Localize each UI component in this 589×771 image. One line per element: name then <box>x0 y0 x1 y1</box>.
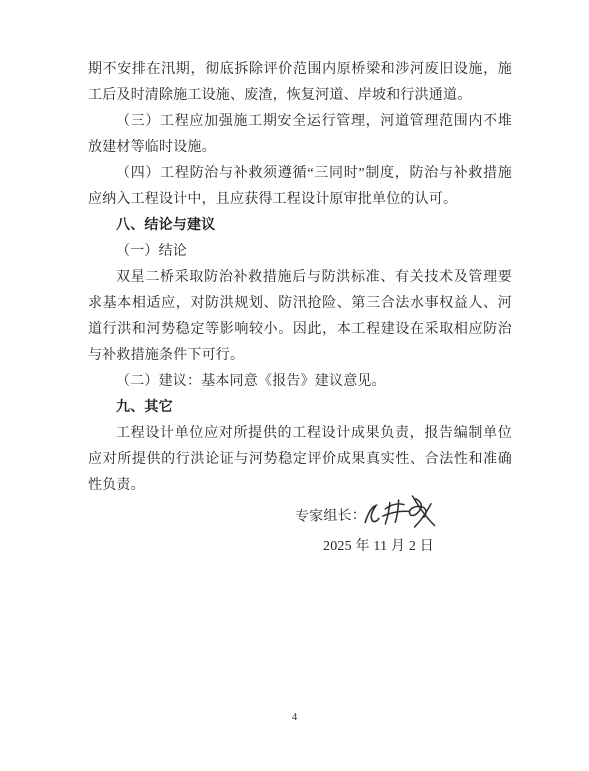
paragraph: 期不安排在汛期，彻底拆除评价范围内原桥梁和涉河废旧设施，施工后及时清除施工设施、… <box>88 57 512 109</box>
section-heading-conclusion: 八、结论与建议 <box>88 213 512 239</box>
body-text: 期不安排在汛期，彻底拆除评价范围内原桥梁和涉河废旧设施，施工后及时清除施工设施、… <box>88 57 512 560</box>
paragraph: （一）结论 <box>88 239 512 265</box>
paragraph: 双星二桥采取防治补救措施后与防洪标准、有关技术及管理要求基本相适应，对防洪规划、… <box>88 265 512 369</box>
section-heading-other: 九、其它 <box>88 395 512 421</box>
handwritten-signature <box>358 491 439 546</box>
paragraph: （二）建议：基本同意《报告》建议意见。 <box>88 369 512 395</box>
paragraph: 工程设计单位应对所提供的工程设计成果负责，报告编制单位应对所提供的行洪论证与河势… <box>88 421 512 499</box>
paragraph: （三）工程应加强施工期安全运行管理，河道管理范围内不堆放建材等临时设施。 <box>88 109 512 161</box>
paragraph: （四）工程防治与补救须遵循“三同时”制度，防治与补救措施应纳入工程设计中，且应获… <box>88 161 512 213</box>
signature-label: 专家组长： <box>295 503 367 530</box>
signature-date: 2025 年 11 月 2 日 <box>88 534 512 560</box>
signature-row: 专家组长： <box>88 504 512 534</box>
page-number: 4 <box>0 711 589 723</box>
document-page: 期不安排在汛期，彻底拆除评价范围内原桥梁和涉河废旧设施，施工后及时清除施工设施、… <box>0 0 589 771</box>
